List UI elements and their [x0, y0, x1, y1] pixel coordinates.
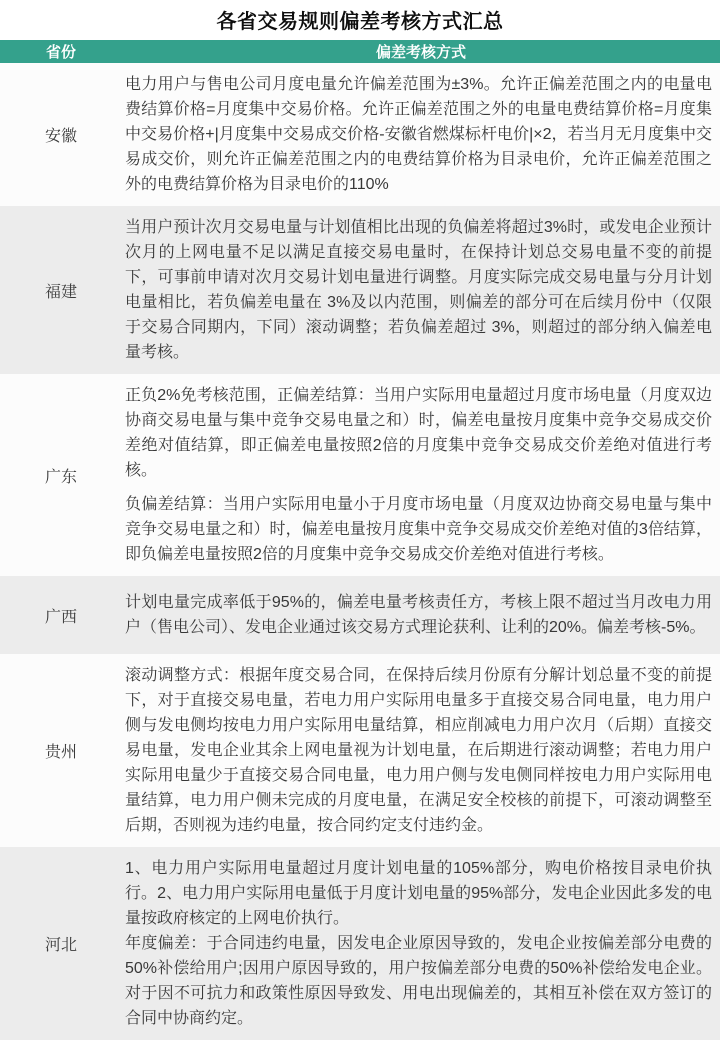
- table-row: 福建 当用户预计次月交易电量与计划值相比出现的负偏差将超过3%时，或发电企业预计…: [0, 206, 720, 374]
- province-cell: 广东: [0, 464, 122, 487]
- method-paragraph: 正负2%免考核范围，正偏差结算：当用户实际用电量超过月度市场电量（月度双边协商交…: [125, 383, 712, 483]
- method-cell: 当用户预计次月交易电量与计划值相比出现的负偏差将超过3%时，或发电企业预计次月的…: [122, 206, 720, 374]
- province-cell: 贵州: [0, 739, 122, 762]
- table-row: 广东 正负2%免考核范围，正偏差结算：当用户实际用电量超过月度市场电量（月度双边…: [0, 374, 720, 576]
- method-paragraph: 负偏差结算：当用户实际用电量小于月度市场电量（月度双边协商交易电量与集中竞争交易…: [125, 492, 712, 567]
- method-paragraph: 当用户预计次月交易电量与计划值相比出现的负偏差将超过3%时，或发电企业预计次月的…: [125, 215, 712, 365]
- method-cell: 1、电力用户实际用电量超过月度计划电量的105%部分，购电价格按目录电价执行。2…: [122, 847, 720, 1040]
- province-cell: 福建: [0, 279, 122, 302]
- table-row: 河北 1、电力用户实际用电量超过月度计划电量的105%部分，购电价格按目录电价执…: [0, 847, 720, 1040]
- table-row: 广西 计划电量完成率低于95%的，偏差电量考核责任方，考核上限不超过当月改电力用…: [0, 576, 720, 654]
- table-row: 安徽 电力用户与售电公司月度电量允许偏差范围为±3%。允许正偏差范围之内的电量电…: [0, 63, 720, 206]
- method-paragraph: 年度偏差：于合同违约电量，因发电企业原因导致的，发电企业按偏差部分电费的50%补…: [125, 931, 712, 1031]
- method-paragraph: 1、电力用户实际用电量超过月度计划电量的105%部分，购电价格按目录电价执行。2…: [125, 856, 712, 931]
- method-paragraph: 滚动调整方式：根据年度交易合同，在保持后续月份原有分解计划总量不变的前提下，对于…: [125, 663, 712, 838]
- header-cell-method: 偏差考核方式: [122, 41, 720, 62]
- method-cell: 正负2%免考核范围，正偏差结算：当用户实际用电量超过月度市场电量（月度双边协商交…: [122, 374, 720, 576]
- table-row: 贵州 滚动调整方式：根据年度交易合同，在保持后续月份原有分解计划总量不变的前提下…: [0, 654, 720, 847]
- method-cell: 电力用户与售电公司月度电量允许偏差范围为±3%。允许正偏差范围之内的电量电费结算…: [122, 63, 720, 206]
- method-paragraph: 电力用户与售电公司月度电量允许偏差范围为±3%。允许正偏差范围之内的电量电费结算…: [125, 72, 712, 197]
- page-title: 各省交易规则偏差考核方式汇总: [0, 0, 720, 40]
- province-cell: 河北: [0, 932, 122, 955]
- method-cell: 计划电量完成率低于95%的，偏差电量考核责任方，考核上限不超过当月改电力用户（售…: [122, 581, 720, 649]
- header-cell-province: 省份: [0, 41, 122, 62]
- province-cell: 安徽: [0, 123, 122, 146]
- province-cell: 广西: [0, 604, 122, 627]
- method-cell: 滚动调整方式：根据年度交易合同，在保持后续月份原有分解计划总量不变的前提下，对于…: [122, 654, 720, 847]
- method-paragraph: 计划电量完成率低于95%的，偏差电量考核责任方，考核上限不超过当月改电力用户（售…: [125, 590, 712, 640]
- deviation-summary-page: 各省交易规则偏差考核方式汇总 省份 偏差考核方式 安徽 电力用户与售电公司月度电…: [0, 0, 720, 1040]
- table-header-row: 省份 偏差考核方式: [0, 40, 720, 63]
